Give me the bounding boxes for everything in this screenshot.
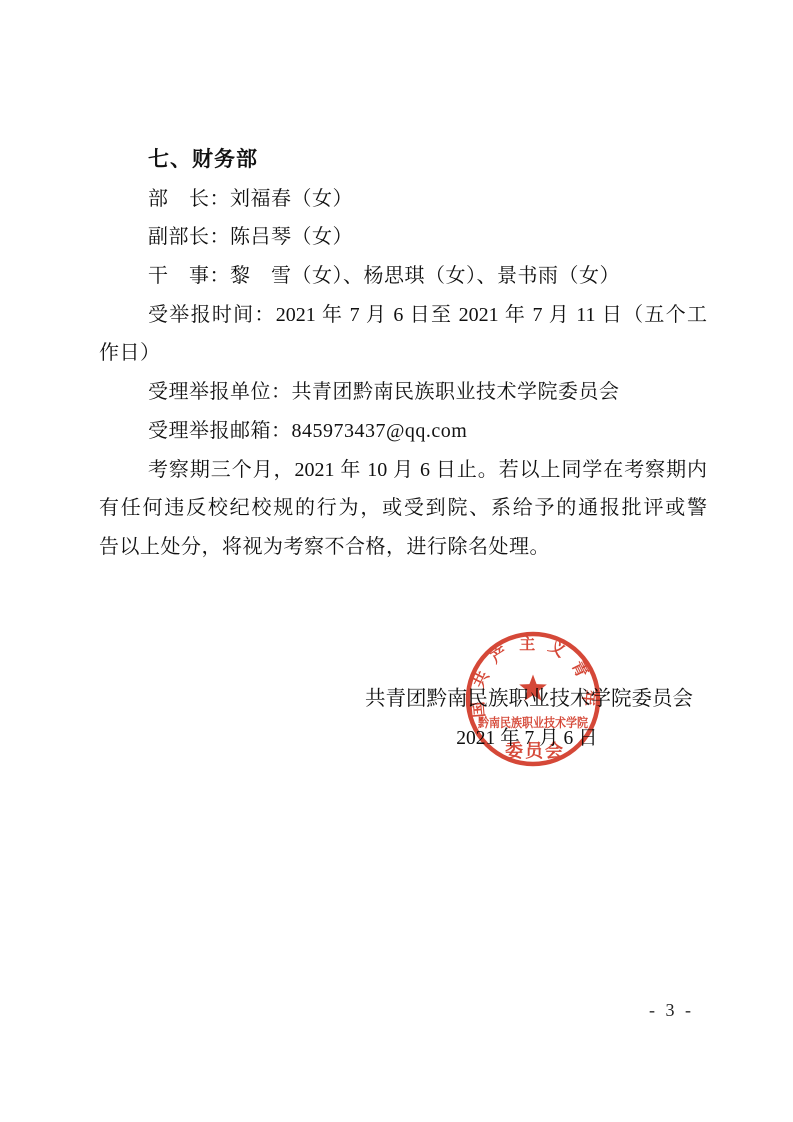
seal-committee-text: 委员会 [505,740,565,761]
probation-line-3: 告以上处分，将视为考察不合格，进行除名处理。 [99,528,707,567]
document-body: 七、财务部 部 长：刘福春（女） 副部长：陈吕琴（女） 干 事：黎 雪（女）、杨… [99,141,707,567]
star-icon [519,675,547,701]
roster-line-clerks: 干 事：黎 雪（女）、杨思琪（女）、景书雨（女） [99,257,707,296]
roster-line-minister: 部 长：刘福春（女） [99,180,707,219]
report-period-line-2: 作日） [99,334,707,373]
seal-org-text: 黔南民族职业技术学院 [477,715,588,730]
probation-line-1: 考察期三个月，2021 年 10 月 6 日止。若以上同学在考察期内 [99,451,707,490]
report-period-line-1: 受举报时间：2021 年 7 月 6 日至 2021 年 7 月 11 日（五个… [99,296,707,335]
report-unit-line: 受理举报单位：共青团黔南民族职业技术学院委员会 [99,373,707,412]
probation-line-2: 有任何违反校纪校规的行为，或受到院、系给予的通报批评或警 [99,489,707,528]
report-email-line: 受理举报邮箱：845973437@qq.com [99,412,707,451]
official-seal: 中国共产主义青年团 黔南民族职业技术学院 委员会 [463,629,603,769]
seal-arc-text: 中国共产主义青年团 [463,629,599,718]
page-number: - 3 - [649,1000,694,1021]
roster-line-deputy-minister: 副部长：陈吕琴（女） [99,218,707,257]
section-heading: 七、财务部 [99,141,707,180]
document-page: 七、财务部 部 长：刘福春（女） 副部长：陈吕琴（女） 干 事：黎 雪（女）、杨… [0,0,793,1122]
